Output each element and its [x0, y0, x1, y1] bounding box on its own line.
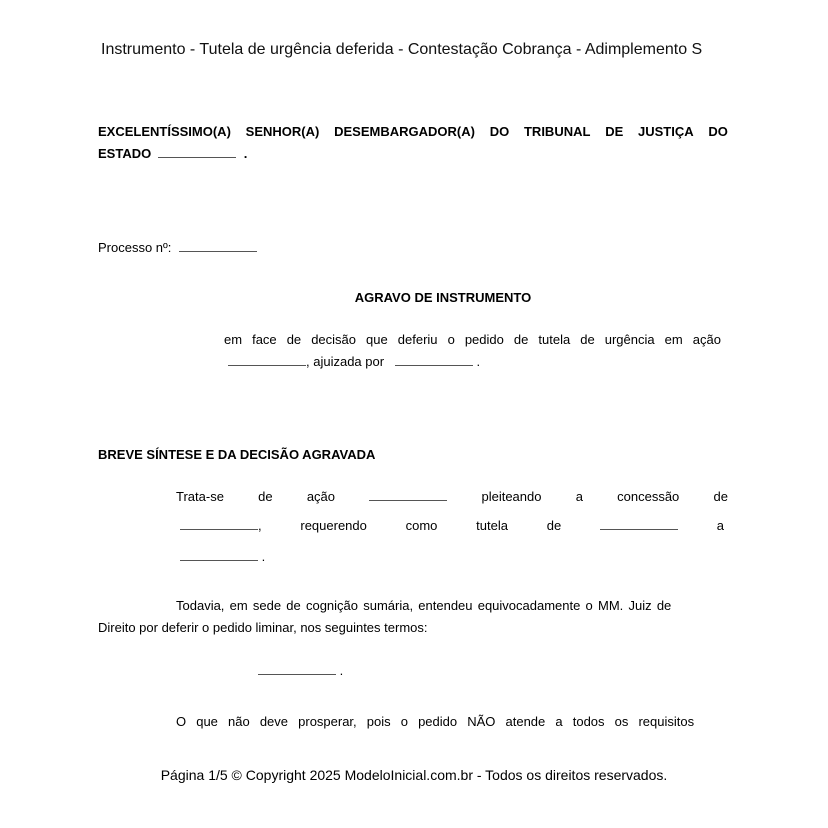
word: de: [547, 518, 561, 533]
concession-blank: [180, 518, 258, 530]
quoted-decision: .: [258, 663, 343, 678]
word: de: [287, 332, 301, 347]
addressee-word: DE: [605, 124, 623, 139]
word: concessão: [617, 489, 679, 504]
requested-blank: [180, 549, 258, 561]
synopsis-line-3: .: [180, 549, 265, 564]
word: em: [224, 332, 242, 347]
word: de: [514, 332, 528, 347]
comma: ,: [258, 518, 262, 533]
tutela-blank: [600, 518, 678, 530]
word: Trata-se: [176, 489, 224, 504]
process-number-blank: [179, 240, 257, 252]
filed-by-text: , ajuizada por: [306, 354, 384, 369]
addressee-word: DESEMBARGADOR(A): [334, 124, 475, 139]
addressee-word: JUSTIÇA: [638, 124, 694, 139]
addressee-period: .: [244, 146, 248, 161]
intro-line-2: , ajuizada por .: [228, 354, 480, 369]
todavia-line-2: Direito por deferir o pedido liminar, no…: [98, 620, 428, 635]
word: que: [366, 332, 388, 347]
word: face: [252, 332, 277, 347]
word: o: [448, 332, 455, 347]
addressee-word: TRIBUNAL: [524, 124, 590, 139]
addressee-line-1: EXCELENTÍSSIMO(A) SENHOR(A) DESEMBARGADO…: [98, 124, 728, 139]
addressee-word: DO: [490, 124, 510, 139]
document-header-title: Instrumento - Tutela de urgência deferid…: [101, 41, 728, 59]
addressee-line-2: ESTADO .: [98, 146, 247, 161]
action-blank: [369, 489, 447, 501]
period: .: [262, 549, 266, 564]
state-blank: [158, 146, 236, 158]
word: ação: [693, 332, 721, 347]
addressee-word: EXCELENTÍSSIMO(A): [98, 124, 231, 139]
word: em: [665, 332, 683, 347]
addressee-word: DO: [708, 124, 728, 139]
synopsis-line-1: Trata-se de ação pleiteando a concessão …: [176, 489, 728, 504]
word: de: [580, 332, 594, 347]
paragraph-text: O que não deve prosperar, pois o pedido …: [176, 714, 694, 729]
page-footer: Página 1/5 © Copyright 2025 ModeloInicia…: [0, 767, 828, 783]
intro-line-1: em face de decisão que deferiu o pedido …: [224, 332, 721, 347]
document-title: AGRAVO DE INSTRUMENTO: [0, 290, 828, 305]
addressee-word: SENHOR(A): [246, 124, 320, 139]
word: requerendo: [300, 518, 367, 533]
todavia-line-1: Todavia, em sede de cognição sumária, en…: [176, 598, 728, 613]
word: ação: [307, 489, 335, 504]
word: como: [406, 518, 438, 533]
word: deferiu: [398, 332, 438, 347]
word: tutela: [476, 518, 508, 533]
word: decisão: [311, 332, 356, 347]
decision-quote-blank: [258, 663, 336, 675]
objection-line-1: O que não deve prosperar, pois o pedido …: [176, 714, 728, 729]
word: tutela: [538, 332, 570, 347]
word: pedido: [465, 332, 504, 347]
word: urgência: [605, 332, 655, 347]
period: .: [477, 354, 481, 369]
section-heading: BREVE SÍNTESE E DA DECISÃO AGRAVADA: [98, 447, 375, 462]
synopsis-line-2: , requerendo como tutela de a: [180, 518, 724, 533]
word: a: [717, 518, 724, 533]
word: de: [714, 489, 728, 504]
paragraph-text: Todavia, em sede de cognição sumária, en…: [176, 598, 671, 613]
process-label: Processo nº:: [98, 240, 171, 255]
word: a: [576, 489, 583, 504]
word: de: [258, 489, 272, 504]
period: .: [340, 663, 344, 678]
process-number-line: Processo nº:: [98, 240, 257, 255]
action-type-blank: [228, 354, 306, 366]
plaintiff-blank: [395, 354, 473, 366]
word: pleiteando: [481, 489, 541, 504]
addressee-state-label: ESTADO: [98, 146, 151, 161]
